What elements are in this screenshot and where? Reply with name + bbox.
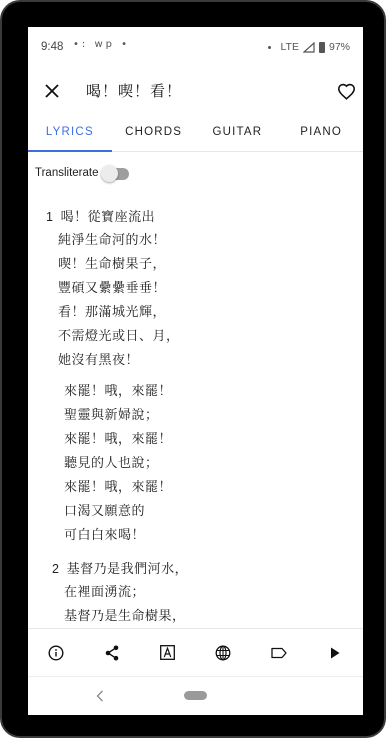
toggle-thumb [101, 165, 118, 182]
transliterate-row: Transliterate [35, 161, 131, 185]
font-size-icon [160, 645, 175, 660]
lyric-line: 可白白來喝！ [64, 524, 363, 548]
play-icon [330, 647, 340, 659]
info-icon [48, 645, 64, 661]
share-button[interactable] [98, 639, 126, 667]
verse-number: 1 [46, 205, 56, 229]
lyric-line: 口渴又願意的 [64, 500, 363, 524]
lyric-line: 聖靈與新婦說； [64, 404, 363, 428]
font-size-button[interactable] [154, 639, 182, 667]
lyric-line: 喫！生命樹果子， [46, 253, 363, 277]
battery-icon [319, 42, 325, 53]
tab-lyrics[interactable]: LYRICS [28, 115, 112, 151]
lyric-line: 來罷！哦，來罷！ [64, 428, 363, 452]
lyric-line: 在裡面湧流； [52, 581, 363, 605]
label-button[interactable] [265, 639, 293, 667]
tab-guitar[interactable]: GUITAR [196, 115, 280, 151]
lyric-line: 來罷！哦，來罷！ [64, 476, 363, 500]
verse-number: 2 [52, 557, 62, 581]
nav-back-button[interactable] [90, 686, 110, 706]
close-button[interactable] [40, 79, 64, 103]
bottom-toolbar [28, 628, 363, 676]
close-icon [45, 84, 59, 98]
status-bar: 9:48 •: wp • LTE 97% [28, 27, 363, 67]
lyric-line: 她沒有黑夜！ [46, 349, 363, 373]
tab-piano[interactable]: PIANO [279, 115, 363, 151]
notification-icons: •: wp • [73, 39, 130, 50]
lyric-line: 來罷！哦，來罷！ [64, 380, 363, 404]
verse-2: 2 基督乃是我們河水， 在裡面湧流； 基督乃是生命樹果， 供我們享受； [52, 557, 363, 627]
status-time: 9:48 [41, 41, 63, 53]
info-button[interactable] [42, 639, 70, 667]
song-title: 喝！喫！看！ [86, 80, 182, 101]
transliterate-label: Transliterate [35, 167, 99, 179]
language-button[interactable] [209, 639, 237, 667]
lyric-line: 純淨生命河的水！ [46, 229, 363, 253]
system-nav-bar [28, 676, 363, 715]
chorus: 來罷！哦，來罷！ 聖靈與新婦說； 來罷！哦，來罷！ 聽見的人也說； 來罷！哦，來… [64, 380, 363, 548]
status-right: LTE 97% [268, 41, 351, 53]
share-icon [105, 645, 119, 661]
tab-chords[interactable]: CHORDS [112, 115, 196, 151]
signal-icon [303, 42, 315, 53]
notification-dot-icon [268, 46, 271, 49]
lyric-line: 基督乃是生命樹果， [52, 605, 363, 627]
screen: 9:48 •: wp • LTE 97% 喝！喫！看！ LYRICS CHORD… [28, 27, 363, 715]
lyric-line: 豐碩又纍纍垂垂！ [46, 277, 363, 301]
lyric-line: 聽見的人也說； [64, 452, 363, 476]
lyric-line: 不需燈光或日、月， [46, 325, 363, 349]
favorite-button[interactable] [333, 78, 359, 104]
lyric-line: 2 基督乃是我們河水， [52, 557, 363, 581]
play-button[interactable] [321, 639, 349, 667]
battery-level: 97% [329, 41, 350, 53]
lyric-line: 1 喝！從寶座流出 [46, 205, 363, 229]
tab-bar: LYRICS CHORDS GUITAR PIANO [28, 115, 363, 152]
label-tag-icon [271, 647, 287, 659]
phone-frame: 9:48 •: wp • LTE 97% 喝！喫！看！ LYRICS CHORD… [0, 0, 386, 738]
lyrics-content[interactable]: 1 喝！從寶座流出 純淨生命河的水！ 喫！生命樹果子， 豐碩又纍纍垂垂！ 看！那… [28, 205, 363, 627]
nav-home-pill[interactable] [184, 691, 207, 700]
app-bar: 喝！喫！看！ [28, 67, 363, 115]
lyric-line: 看！那滿城光輝， [46, 301, 363, 325]
language-globe-icon [215, 645, 231, 661]
heart-outline-icon [337, 83, 356, 100]
verse-1: 1 喝！從寶座流出 純淨生命河的水！ 喫！生命樹果子， 豐碩又纍纍垂垂！ 看！那… [46, 205, 363, 373]
back-chevron-icon [96, 690, 104, 702]
transliterate-toggle[interactable] [101, 165, 131, 181]
network-type: LTE [281, 41, 299, 53]
